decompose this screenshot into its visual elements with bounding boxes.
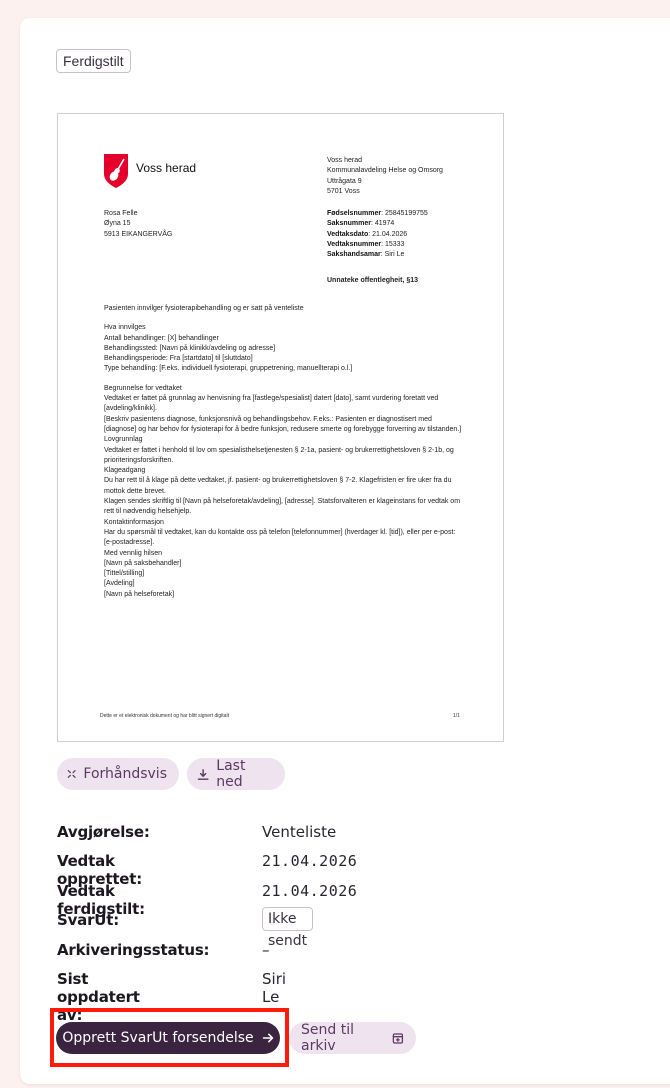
- meta-value: : Siri Le: [381, 251, 405, 258]
- create-svarut-shipment-button[interactable]: Opprett SvarUt forsendelse: [56, 1022, 280, 1054]
- document-preview: Voss herad Voss herad Kommunalavdeling H…: [57, 113, 504, 742]
- detail-value: 21.04.2026: [262, 882, 357, 900]
- signature-note: Dette er et elektronisk dokument og har …: [100, 713, 229, 719]
- recipient-address: Rosa Felle Øyna 15 5913 EIKANGERVÅG: [104, 209, 172, 240]
- document-paragraph: [Navn på helseforetak]: [104, 590, 464, 600]
- meta-value: : 25845199755: [381, 210, 428, 217]
- document-paragraph: Vedtaket er fattet på grunnlag av henvis…: [104, 394, 464, 415]
- recipient-line: Øyna 15: [104, 219, 172, 229]
- meta-value: : 41974: [371, 220, 394, 227]
- arrow-right-icon: [262, 1032, 274, 1044]
- meta-label: Sakshandsamar: [327, 251, 381, 258]
- detail-value: –: [262, 941, 270, 959]
- send-to-archive-label: Send til arkiv: [301, 1022, 384, 1054]
- logo-text: Voss herad: [136, 161, 196, 175]
- send-to-archive-button[interactable]: Send til arkiv: [289, 1022, 416, 1054]
- detail-value: Venteliste: [262, 823, 336, 841]
- document-paragraph: Lovgrunnlag: [104, 435, 464, 445]
- expand-icon: [67, 767, 76, 781]
- meta-value: : 21.04.2026: [368, 231, 407, 238]
- document-paragraph: Klagen sendes skriftlig til [Navn på hel…: [104, 497, 464, 518]
- detail-value: Siri Le: [262, 970, 286, 1006]
- meta-row: Sakshandsamar: Siri Le: [327, 250, 428, 260]
- meta-row: Fødselsnummer: 25845199755: [327, 209, 428, 219]
- recipient-line: Rosa Felle: [104, 209, 172, 219]
- download-icon: [197, 768, 209, 781]
- download-label: Last ned: [216, 758, 273, 790]
- voss-coat-of-arms-icon: [104, 154, 128, 188]
- document-paragraph: [Avdeling]: [104, 579, 464, 589]
- document-paragraph: Behandlingssted: [Navn på klinikk/avdeli…: [104, 344, 464, 354]
- meta-label: Fødselsnummer: [327, 210, 381, 217]
- document-subject: Pasienten innvilger fysioterapibehandlin…: [104, 304, 464, 314]
- meta-label: Saksnummer: [327, 220, 371, 227]
- granted-section: Hva innvilgesAntall behandlinger: [X] be…: [104, 323, 464, 374]
- detail-label: SvarUt:: [57, 911, 119, 929]
- detail-label: Avgjørelse:: [57, 823, 150, 841]
- download-button[interactable]: Last ned: [187, 758, 285, 790]
- document-paragraph: Hva innvilges: [104, 323, 464, 333]
- archive-box-icon: [392, 1032, 404, 1045]
- document-body: Pasienten innvilger fysioterapibehandlin…: [104, 304, 464, 600]
- municipality-logo: Voss herad: [104, 154, 196, 188]
- svarut-status-badge: Ikke sendt: [262, 907, 313, 931]
- exemption-notice: Unnateke offentlegheit, §13: [327, 276, 418, 286]
- document-paragraph: [Tittel/stilling]: [104, 569, 464, 579]
- sender-line: Kommunalavdeling Helse og Omsorg: [327, 166, 443, 176]
- preview-button[interactable]: Forhåndsvis: [57, 758, 179, 790]
- meta-value: : 15333: [381, 241, 404, 248]
- document-paragraph: Med vennlig hilsen: [104, 549, 464, 559]
- page-indicator: 1/1: [453, 713, 460, 719]
- document-paragraph: Antall behandlinger: [X] behandlinger: [104, 334, 464, 344]
- preview-label: Forhåndsvis: [83, 766, 167, 782]
- detail-value: 21.04.2026: [262, 852, 357, 870]
- sender-address: Voss herad Kommunalavdeling Helse og Oms…: [327, 156, 443, 197]
- meta-row: Vedtaksnummer: 15333: [327, 240, 428, 250]
- case-metadata: Fødselsnummer: 25845199755 Saksnummer: 4…: [327, 209, 428, 260]
- document-paragraph: Kontaktinformasjon: [104, 518, 464, 528]
- document-paragraph: [Navn på saksbehandler]: [104, 559, 464, 569]
- reasoning-section: Begrunnelse for vedtaketVedtaket er fatt…: [104, 384, 464, 600]
- detail-label: Arkiveringsstatus:: [57, 941, 209, 959]
- recipient-line: 5913 EIKANGERVÅG: [104, 230, 172, 240]
- meta-label: Vedtaksdato: [327, 231, 368, 238]
- document-paragraph: Klageadgang: [104, 466, 464, 476]
- status-badge: Ferdigstilt: [56, 49, 131, 73]
- document-paragraph: Behandlingsperiode: Fra [startdato] til …: [104, 354, 464, 364]
- sender-line: Uttrågata 9: [327, 177, 443, 187]
- sender-line: 5701 Voss: [327, 187, 443, 197]
- meta-label: Vedtaksnummer: [327, 241, 381, 248]
- sender-line: Voss herad: [327, 156, 443, 166]
- document-paragraph: Du har rett til å klage på dette vedtake…: [104, 476, 464, 497]
- meta-row: Vedtaksdato: 21.04.2026: [327, 230, 428, 240]
- create-svarut-label: Opprett SvarUt forsendelse: [62, 1030, 253, 1046]
- document-paragraph: [Beskriv pasientens diagnose, funksjonsn…: [104, 415, 464, 436]
- document-paragraph: Vedtaket er fattet i henhold til lov om …: [104, 446, 464, 467]
- detail-label: Sist oppdatert av:: [57, 970, 140, 1024]
- meta-row: Saksnummer: 41974: [327, 219, 428, 229]
- document-paragraph: Begrunnelse for vedtaket: [104, 384, 464, 394]
- document-paragraph: Type behandling: [F.eks. individuell fys…: [104, 364, 464, 374]
- document-paragraph: Har du spørsmål til vedtaket, kan du kon…: [104, 528, 464, 549]
